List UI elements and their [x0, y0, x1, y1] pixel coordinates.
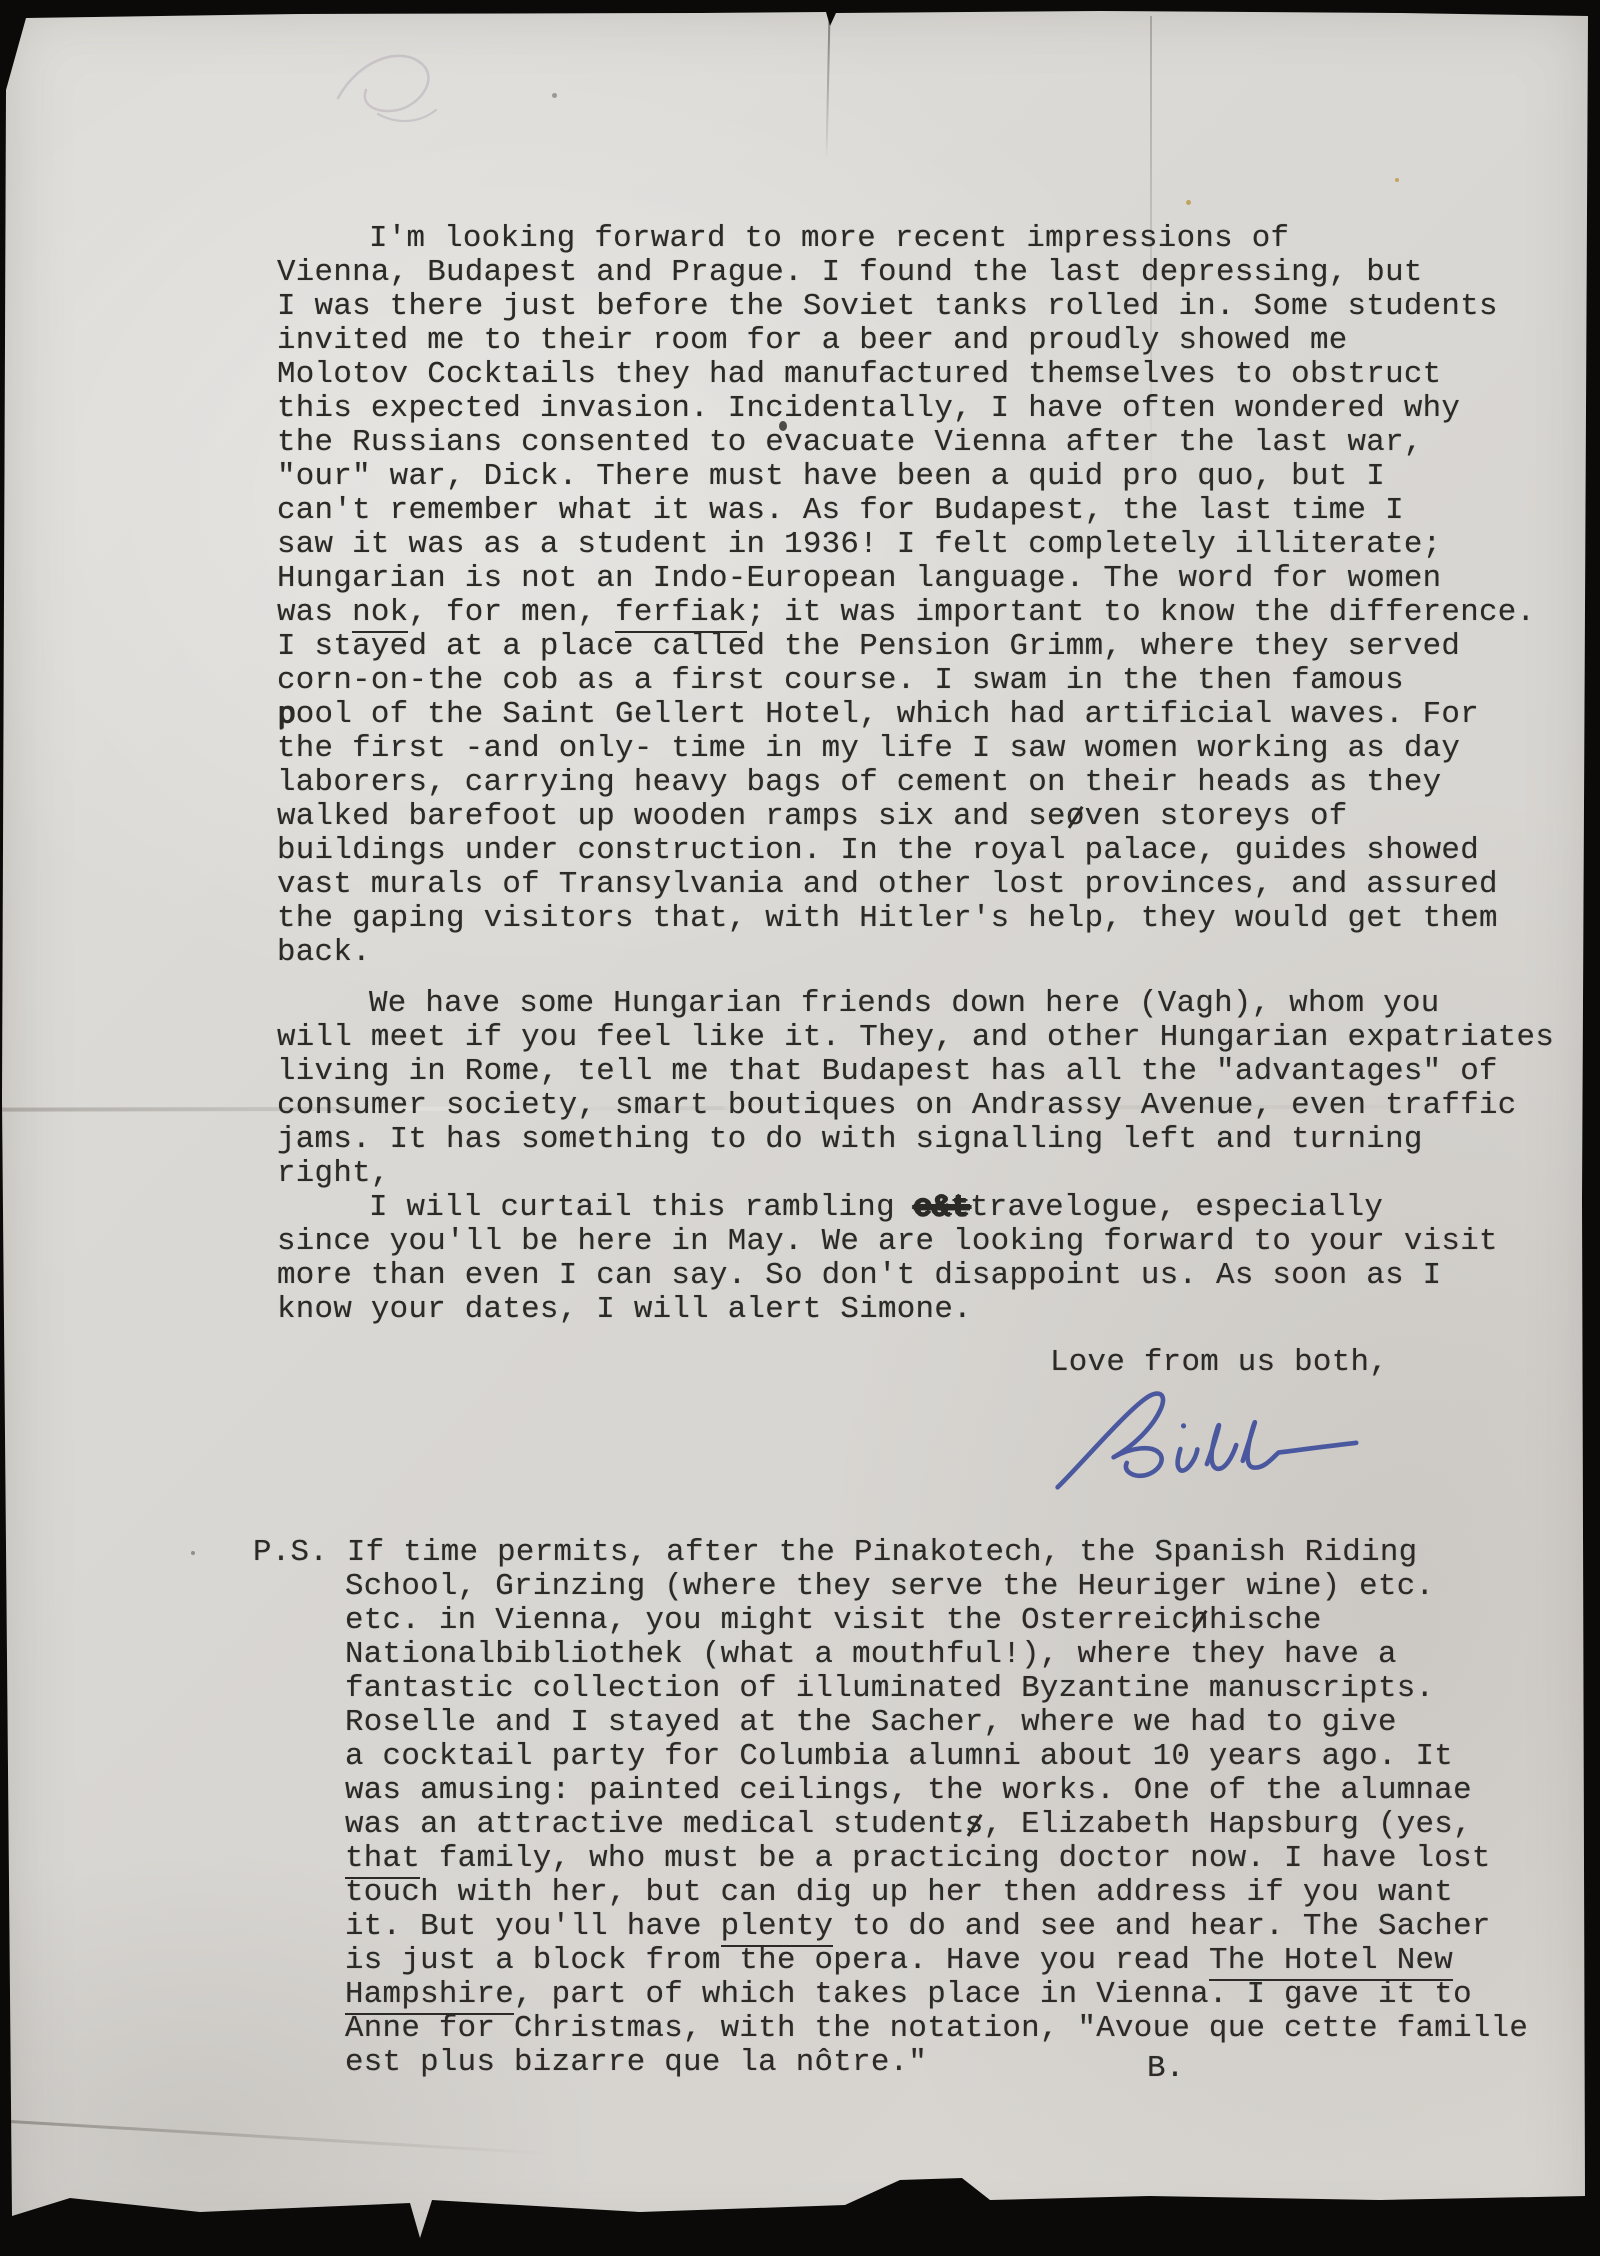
text-segment: saw it was as a student in 1936! I felt … [277, 527, 1441, 562]
fold-crease [0, 2118, 580, 2157]
typewritten-line: know your dates, I will alert Simone. [277, 1293, 1554, 1327]
typewritten-line: was amusing: painted ceilings, the works… [253, 1774, 1528, 1808]
typewritten-line: Roselle and I stayed at the Sacher, wher… [253, 1706, 1528, 1740]
typewritten-line: fantastic collection of illuminated Byza… [253, 1672, 1528, 1706]
text-segment: can't remember what it was. As for Budap… [277, 493, 1404, 528]
text-segment: buildings under construction. In the roy… [277, 833, 1479, 868]
text-segment: is just a block from the opera. Have you… [345, 1943, 1209, 1978]
closing-line: Love from us both, [1050, 1346, 1388, 1380]
text-segment: P.S. If time permits, after the Pinakote… [253, 1535, 1417, 1570]
text-segment: back. [277, 935, 371, 970]
typewritten-line: I stayed at a place called the Pension G… [277, 630, 1535, 664]
text-segment: est plus bizarre que la nôtre." [345, 2045, 927, 2080]
text-segment: touch with her, but can dig up her then … [345, 1875, 1453, 1910]
text-segment: walked barefoot up wooden ramps six and … [277, 799, 1066, 834]
typewritten-line: Anne for Christmas, with the notation, "… [253, 2012, 1528, 2046]
underlined-word: ferfiak [615, 595, 746, 633]
typewritten-line: back. [277, 936, 1535, 970]
text-segment: travelogue, especially [970, 1190, 1383, 1225]
typewritten-line: We have some Hungarian friends down here… [277, 987, 1554, 1021]
typewritten-line: right, [277, 1157, 1554, 1191]
text-segment: this expected invasion. Incidentally, I … [277, 391, 1460, 426]
typewritten-line: vast murals of Transylvania and other lo… [277, 868, 1535, 902]
text-segment: I'm looking forward to more recent impre… [369, 221, 1289, 256]
text-segment: ; it was important to know the differenc… [747, 595, 1536, 630]
text-segment: jams. It has something to do with signal… [277, 1122, 1423, 1157]
text-segment: the first -and only- time in my life I s… [277, 731, 1460, 766]
text-segment: laborers, carrying heavy bags of cement … [277, 765, 1441, 800]
typewritten-line: will meet if you feel like it. They, and… [277, 1021, 1554, 1055]
typewritten-line: touch with her, but can dig up her then … [253, 1876, 1528, 1910]
typewritten-line: pool of the Saint Gellert Hotel, which h… [277, 698, 1535, 732]
typewritten-line: "our" war, Dick. There must have been a … [277, 460, 1535, 494]
text-segment: , for men, [408, 595, 615, 630]
text-segment: Molotov Cocktails they had manufactured … [277, 357, 1441, 392]
text-segment: I stayed at a place called the Pension G… [277, 629, 1460, 664]
typewritten-line: the first -and only- time in my life I s… [277, 732, 1535, 766]
typewritten-line: corn-on-the cob as a first course. I swa… [277, 664, 1535, 698]
slashed-character: s [965, 1808, 984, 1842]
text-segment: know your dates, I will alert Simone. [277, 1292, 972, 1327]
typewritten-line: Molotov Cocktails they had manufactured … [277, 358, 1535, 392]
text-segment: "our" war, Dick. There must have been a … [277, 459, 1385, 494]
typewritten-line: P.S. If time permits, after the Pinakote… [253, 1536, 1528, 1570]
text-segment: Nationalbibliothek (what a mouthful!), w… [345, 1637, 1397, 1672]
struck-out-word: e&t [914, 1190, 970, 1225]
typewritten-line: it. But you'll have plenty to do and see… [253, 1910, 1528, 1944]
postscript-paragraph: P.S. If time permits, after the Pinakote… [253, 1536, 1528, 2080]
text-segment: it. But you'll have [345, 1909, 721, 1944]
letter-paragraph-friends-and-visit: We have some Hungarian friends down here… [277, 987, 1554, 1327]
handwritten-signature-bill [1046, 1378, 1370, 1499]
letter-paragraph-travel: I'm looking forward to more recent impre… [277, 222, 1535, 970]
text-segment: School, Grinzing (where they serve the H… [345, 1569, 1434, 1604]
text-segment: ven storeys of [1085, 799, 1348, 834]
typewritten-line: since you'll be here in May. We are look… [277, 1225, 1554, 1259]
typewritten-line: is just a block from the opera. Have you… [253, 1944, 1528, 1978]
typewritten-line: can't remember what it was. As for Budap… [277, 494, 1535, 528]
text-segment: hische [1209, 1603, 1322, 1638]
text-segment: corn-on-the cob as a first course. I swa… [277, 663, 1404, 698]
text-segment: was an attractive medical student [345, 1807, 965, 1842]
paper-speck [1186, 200, 1191, 205]
text-segment: I was there just before the Soviet tanks… [277, 289, 1498, 324]
text-segment: was amusing: painted ceilings, the works… [345, 1773, 1472, 1808]
underlined-word: plenty [721, 1909, 834, 1947]
text-segment: family, who must be a practicing doctor … [420, 1841, 1491, 1876]
text-segment: a cocktail party for Columbia alumni abo… [345, 1739, 1453, 1774]
paper-speck [552, 93, 557, 98]
typewritten-line: Hampshire, part of which takes place in … [253, 1978, 1528, 2012]
text-segment: right, [277, 1156, 390, 1191]
text-segment: Vienna, Budapest and Prague. I found the… [277, 255, 1423, 290]
text-segment: We have some Hungarian friends down here… [369, 986, 1440, 1021]
typewritten-line: etc. in Vienna, you might visit the Oste… [253, 1604, 1528, 1638]
typewritten-line: a cocktail party for Columbia alumni abo… [253, 1740, 1528, 1774]
text-segment: Roselle and I stayed at the Sacher, wher… [345, 1705, 1397, 1740]
typewritten-line: I'm looking forward to more recent impre… [277, 222, 1535, 256]
text-segment: vast murals of Transylvania and other lo… [277, 867, 1498, 902]
typewritten-line: more than even I can say. So don't disap… [277, 1259, 1554, 1293]
text-segment: since you'll be here in May. We are look… [277, 1224, 1498, 1259]
typewritten-line: est plus bizarre que la nôtre." [253, 2046, 1528, 2080]
text-segment: will meet if you feel like it. They, and… [277, 1020, 1554, 1055]
typewritten-line: jams. It has something to do with signal… [277, 1123, 1554, 1157]
signoff-initial: B. [1147, 2052, 1185, 2086]
typewritten-line: I was there just before the Soviet tanks… [277, 290, 1535, 324]
typewritten-line: consumer society, smart boutiques on And… [277, 1089, 1554, 1123]
text-segment: invited me to their room for a beer and … [277, 323, 1348, 358]
typewritten-line: I will curtail this rambling e&ttravelog… [277, 1191, 1554, 1225]
text-segment: , part of which takes place in Vienna. I… [514, 1977, 1472, 2012]
text-segment: was [277, 595, 352, 630]
slashed-character: h [1190, 1604, 1209, 1638]
paper-speck [1395, 178, 1399, 182]
paper-tear [825, 12, 830, 160]
underlined-book-title: The Hotel New [1209, 1943, 1453, 1981]
typewritten-line: buildings under construction. In the roy… [277, 834, 1535, 868]
text-segment: Anne for Christmas, with the notation, "… [345, 2011, 1528, 2046]
overtyped-character: p [277, 697, 296, 732]
text-segment: ool of the Saint Gellert Hotel, which ha… [296, 697, 1479, 732]
typewritten-line: the gaping visitors that, with Hitler's … [277, 902, 1535, 936]
text-segment: living in Rome, tell me that Budapest ha… [277, 1054, 1498, 1089]
text-segment: Hungarian is not an Indo-European langua… [277, 561, 1441, 596]
text-segment: I will curtail this rambling [369, 1190, 914, 1225]
pencil-scribble-mark [318, 36, 498, 146]
text-segment: the Russians consented to evacuate Vienn… [277, 425, 1423, 460]
scanned-letter: I'm looking forward to more recent impre… [0, 0, 1600, 2256]
paper-speck [191, 1551, 195, 1555]
text-segment: to do and see and hear. The Sacher [833, 1909, 1490, 1944]
typewritten-line: Vienna, Budapest and Prague. I found the… [277, 256, 1535, 290]
typewritten-line: School, Grinzing (where they serve the H… [253, 1570, 1528, 1604]
typewritten-line: living in Rome, tell me that Budapest ha… [277, 1055, 1554, 1089]
typewritten-line: walked barefoot up wooden ramps six and … [277, 800, 1535, 834]
underlined-word: that [345, 1841, 420, 1879]
text-segment: fantastic collection of illuminated Byza… [345, 1671, 1434, 1706]
underlined-word: nok [352, 595, 408, 633]
typewritten-line: this expected invasion. Incidentally, I … [277, 392, 1535, 426]
typewritten-line: that family, who must be a practicing do… [253, 1842, 1528, 1876]
text-segment: etc. in Vienna, you might visit the Oste… [345, 1603, 1190, 1638]
typewritten-line: invited me to their room for a beer and … [277, 324, 1535, 358]
text-segment: , Elizabeth Hapsburg (yes, [984, 1807, 1472, 1842]
typewritten-line: was an attractive medical students, Eliz… [253, 1808, 1528, 1842]
typewritten-line: laborers, carrying heavy bags of cement … [277, 766, 1535, 800]
typewritten-line: saw it was as a student in 1936! I felt … [277, 528, 1535, 562]
slashed-character: o [1066, 800, 1085, 834]
typewritten-line: the Russians consented to evacuate Vienn… [277, 426, 1535, 460]
text-segment: more than even I can say. So don't disap… [277, 1258, 1441, 1293]
text-segment: consumer society, smart boutiques on And… [277, 1088, 1517, 1123]
typewritten-line: Nationalbibliothek (what a mouthful!), w… [253, 1638, 1528, 1672]
typewritten-line: was nok, for men, ferfiak; it was import… [277, 596, 1535, 630]
typewritten-line: Hungarian is not an Indo-European langua… [277, 562, 1535, 596]
text-segment: the gaping visitors that, with Hitler's … [277, 901, 1498, 936]
underlined-book-title: Hampshire [345, 1977, 514, 2015]
letter-page: I'm looking forward to more recent impre… [0, 0, 1600, 2256]
